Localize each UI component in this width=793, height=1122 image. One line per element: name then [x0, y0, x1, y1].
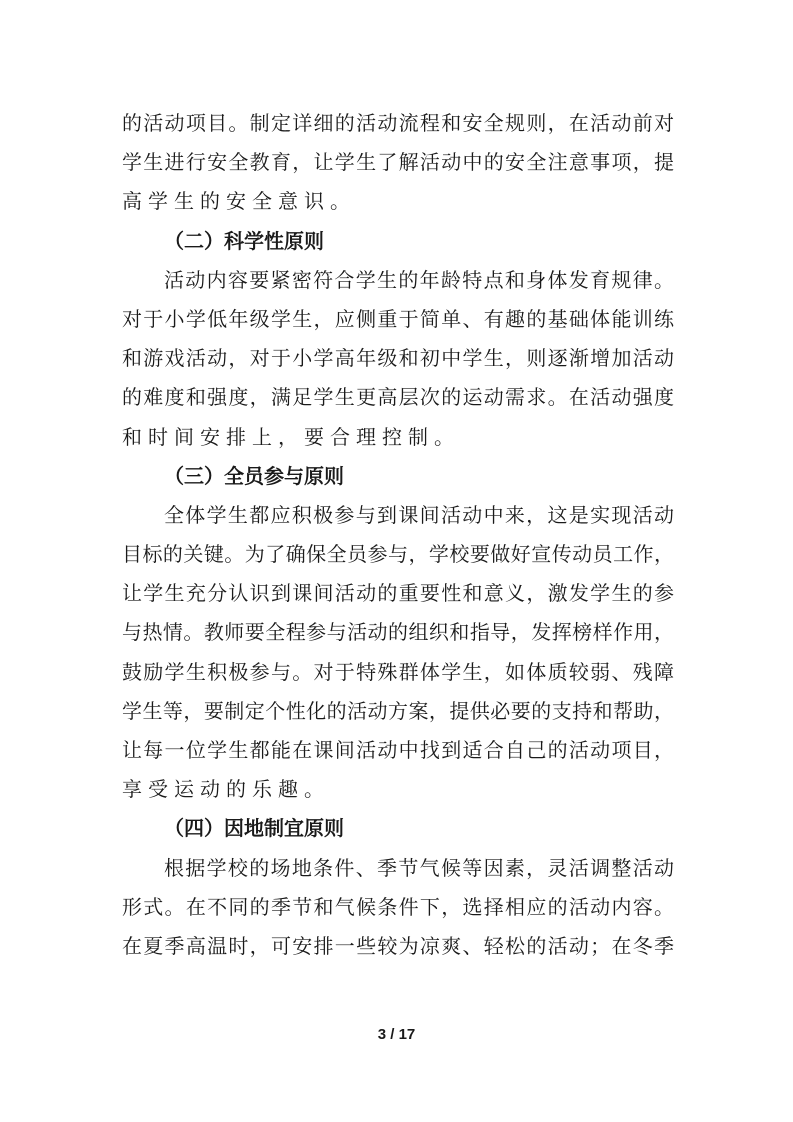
paragraph-line: 目标的关键。为了确保全员参与，学校要做好宣传动员工作， — [122, 535, 674, 574]
paragraph-line: 和游戏活动，对于小学高年级和初中学生，则逐渐增加活动 — [122, 339, 674, 378]
paragraph-line: 根据学校的场地条件、季节气候等因素，灵活调整活动 — [122, 849, 674, 888]
paragraph-line: 对于小学低年级学生，应侧重于简单、有趣的基础体能训练 — [122, 300, 674, 339]
paragraph-line: 享受运动的乐趣。 — [122, 770, 674, 809]
paragraph-line: 学生等，要制定个性化的活动方案，提供必要的支持和帮助， — [122, 692, 674, 731]
section-heading-scientific: （二）科学性原则 — [122, 222, 674, 261]
paragraph-line: 让学生充分认识到课间活动的重要性和意义，激发学生的参 — [122, 574, 674, 613]
section-heading-full-participation: （三）全员参与原则 — [122, 457, 674, 496]
paragraph-line: 让每一位学生都能在课间活动中找到适合自己的活动项目， — [122, 731, 674, 770]
paragraph-line: 高学生的安全意识。 — [122, 182, 674, 221]
section-heading-local-conditions: （四）因地制宜原则 — [122, 809, 674, 848]
paragraph-line: 鼓励学生积极参与。对于特殊群体学生，如体质较弱、残障 — [122, 653, 674, 692]
paragraph-line: 形式。在不同的季节和气候条件下，选择相应的活动内容。 — [122, 888, 674, 927]
paragraph-line: 全体学生都应积极参与到课间活动中来，这是实现活动 — [122, 496, 674, 535]
paragraph-line: 和时间安排上，要合理控制。 — [122, 418, 674, 457]
paragraph-line: 的难度和强度，满足学生更高层次的运动需求。在活动强度 — [122, 378, 674, 417]
paragraph-line: 活动内容要紧密符合学生的年龄特点和身体发育规律。 — [122, 261, 674, 300]
paragraph-line: 学生进行安全教育，让学生了解活动中的安全注意事项，提 — [122, 143, 674, 182]
page-content: 的活动项目。制定详细的活动流程和安全规则，在活动前对 学生进行安全教育，让学生了… — [122, 104, 674, 966]
page-number: 3 / 17 — [0, 1026, 793, 1043]
paragraph-line: 与热情。教师要全程参与活动的组织和指导，发挥榜样作用， — [122, 613, 674, 652]
paragraph-line: 的活动项目。制定详细的活动流程和安全规则，在活动前对 — [122, 104, 674, 143]
document-page: 的活动项目。制定详细的活动流程和安全规则，在活动前对 学生进行安全教育，让学生了… — [0, 0, 793, 1122]
paragraph-line: 在夏季高温时，可安排一些较为凉爽、轻松的活动；在冬季 — [122, 927, 674, 966]
